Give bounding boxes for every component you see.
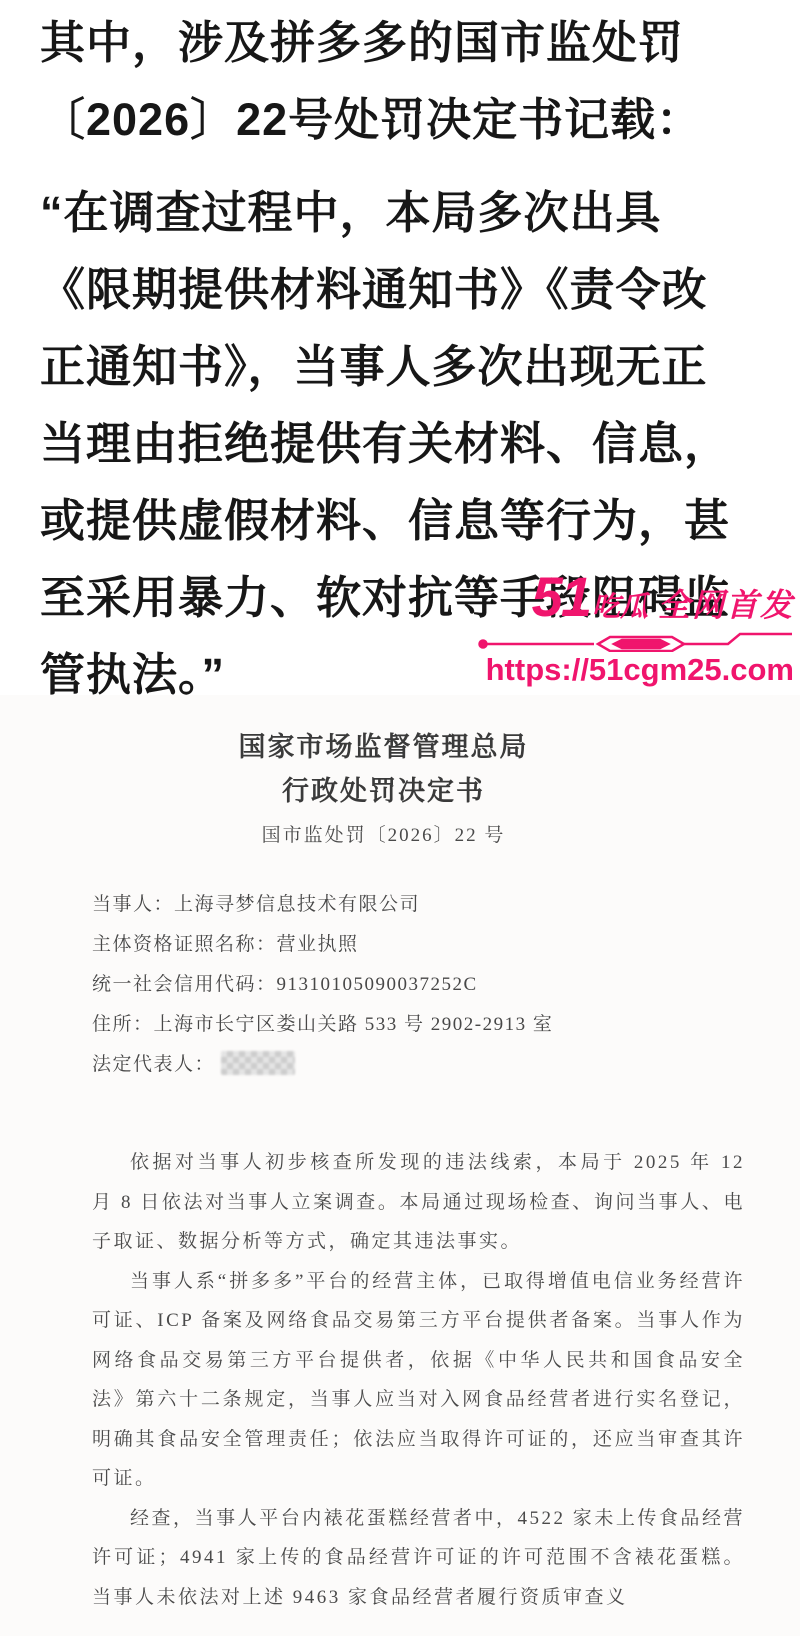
- redacted-name-block: [221, 1051, 295, 1075]
- license-name-line: 主体资格证照名称：营业执照: [92, 925, 745, 965]
- document-body: 依据对当事人初步核查所发现的违法线索，本局于 2025 年 12 月 8 日依法…: [92, 1143, 745, 1617]
- party-info-section: 当事人：上海寻梦信息技术有限公司 主体资格证照名称：营业执照 统一社会信用代码：…: [92, 885, 745, 1085]
- watermark: 51 吃瓜 全网首发 https://51cgm25.com: [464, 574, 794, 687]
- legal-representative-line: 法定代表人：: [92, 1045, 745, 1085]
- address-line: 住所：上海市长宁区娄山关路 533 号 2902-2913 室: [92, 1005, 745, 1045]
- party-line: 当事人：上海寻梦信息技术有限公司: [92, 885, 745, 925]
- brand-name: 吃瓜: [592, 585, 648, 625]
- body-paragraph-investigation: 依据对当事人初步核查所发现的违法线索，本局于 2025 年 12 月 8 日依法…: [92, 1143, 745, 1262]
- watermark-url: https://51cgm25.com: [464, 653, 794, 687]
- penalty-document-scan: 国家市场监督管理总局 行政处罚决定书 国市监处罚〔2026〕22 号 当事人：上…: [0, 695, 800, 1636]
- document-number: 国市监处罚〔2026〕22 号: [92, 821, 675, 851]
- document-content: 国家市场监督管理总局 行政处罚决定书 国市监处罚〔2026〕22 号 当事人：上…: [0, 695, 800, 1617]
- page: 其中，涉及拼多多的国市监处罚〔2026〕22号处罚决定书记载： “在调查过程中，…: [0, 0, 800, 1636]
- article-paragraph-intro: 其中，涉及拼多多的国市监处罚〔2026〕22号处罚决定书记载：: [40, 4, 746, 158]
- legal-representative-label: 法定代表人：: [92, 1054, 215, 1075]
- body-paragraph-platform: 当事人系“拼多多”平台的经营主体，已取得增值电信业务经营许可证、ICP 备案及网…: [92, 1262, 745, 1499]
- document-header: 国家市场监督管理总局 行政处罚决定书 国市监处罚〔2026〕22 号: [92, 725, 675, 851]
- brand-tagline: 全网首发: [658, 580, 794, 626]
- document-title-authority: 国家市场监督管理总局: [92, 725, 675, 769]
- brand-number: 51: [532, 574, 590, 620]
- watermark-brand-row: 51 吃瓜 全网首发: [464, 574, 794, 626]
- body-paragraph-findings: 经查，当事人平台内裱花蛋糕经营者中，4522 家未上传食品经营许可证；4941 …: [92, 1499, 745, 1618]
- document-title-type: 行政处罚决定书: [92, 769, 675, 813]
- credit-code-line: 统一社会信用代码：91310105090037252C: [92, 965, 745, 1005]
- circuit-line-icon: [476, 628, 794, 652]
